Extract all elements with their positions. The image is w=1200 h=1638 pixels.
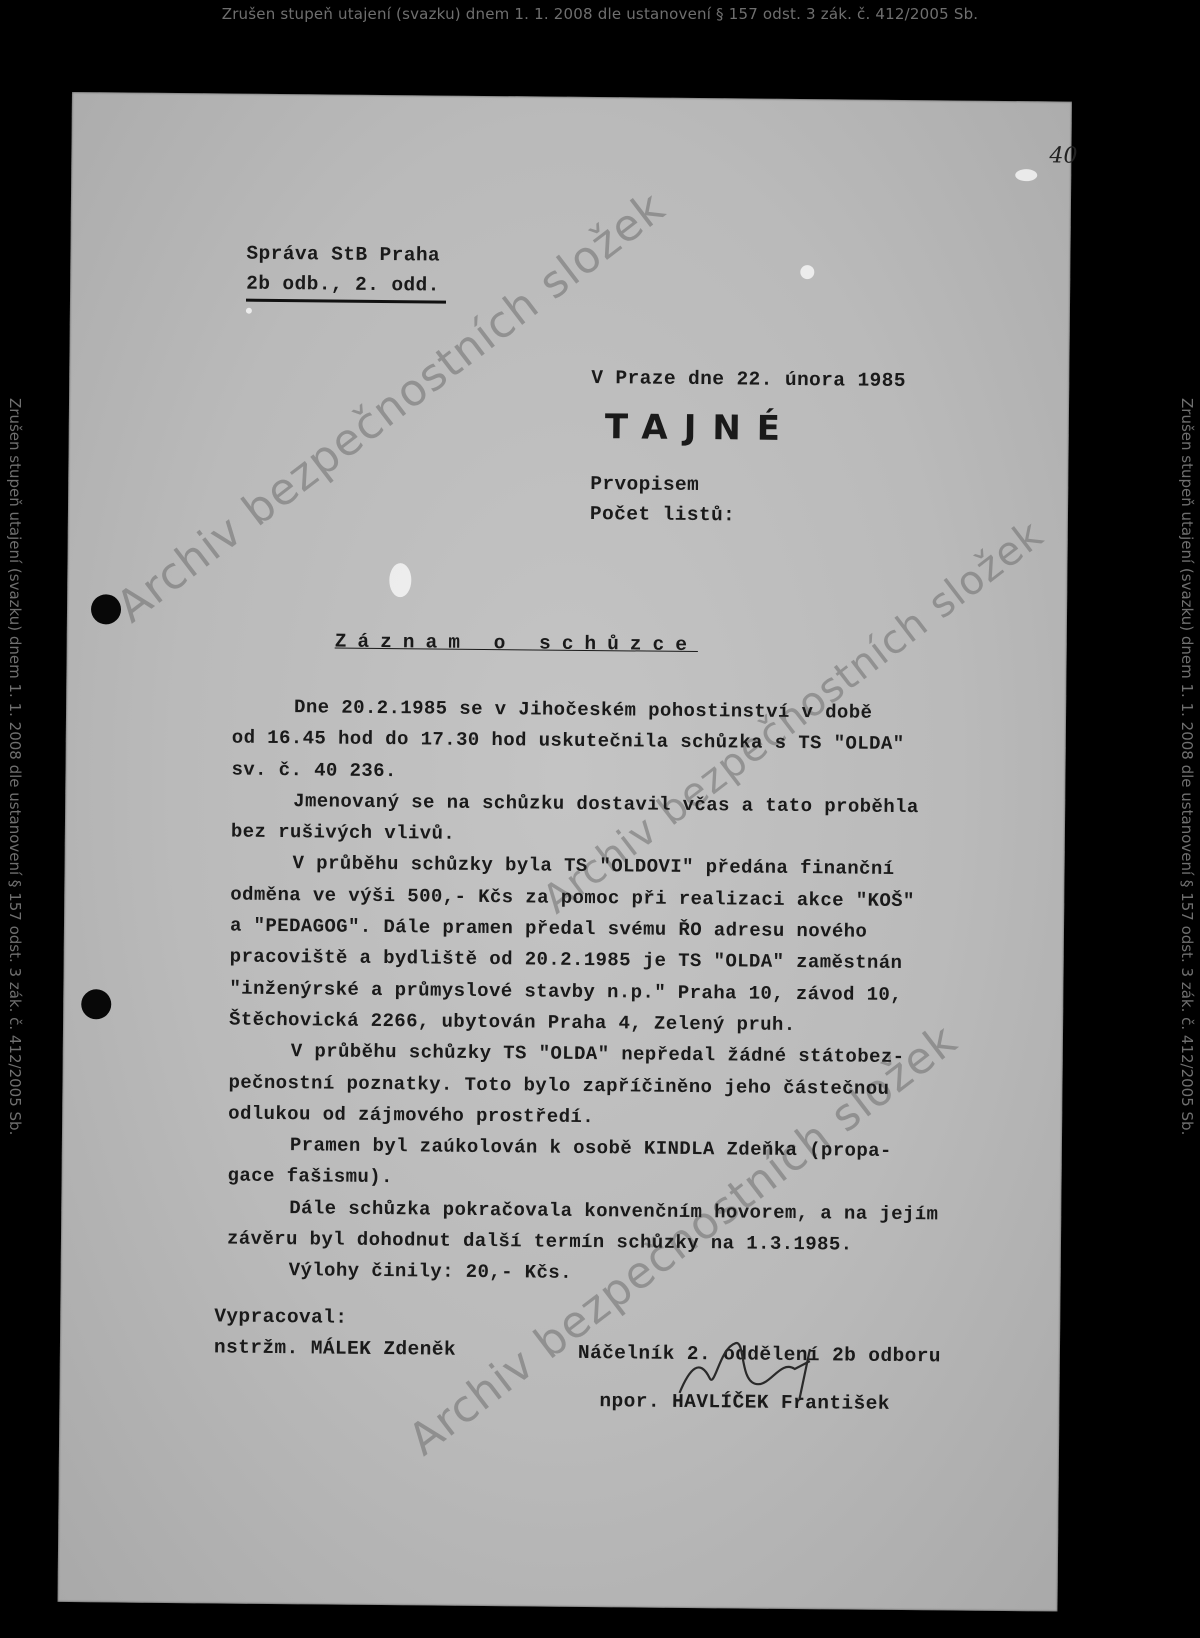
archive-declassification-stamp-left: Zrušen stupeň utajení (svazku) dnem 1. 1… (4, 398, 24, 1198)
prepared-by-name: nstržm. MÁLEK Zdeněk (214, 1332, 456, 1365)
body-line: Výlohy činily: 20,- Kčs. (227, 1255, 987, 1294)
scan-artifact (246, 308, 252, 314)
document-title: Záznam o schůzce (335, 631, 698, 656)
archive-declassification-stamp-right: Zrušen stupeň utajení (svazku) dnem 1. 1… (1176, 398, 1196, 1198)
scan-artifact (389, 563, 411, 597)
handwritten-page-number: 40 (1049, 143, 1077, 168)
archive-declassification-stamp-top: Zrušen stupeň utajení (svazku) dnem 1. 1… (0, 5, 1200, 23)
place-and-date: V Praze dne 22. února 1985 (591, 367, 906, 392)
copy-type: Prvopisem (590, 469, 736, 500)
scan-artifact (800, 265, 814, 279)
office-department: 2b odb., 2. odd. (246, 269, 440, 301)
handwritten-signature (659, 1338, 860, 1410)
prepared-by-label: Vypracoval: (214, 1301, 456, 1334)
punch-hole (81, 989, 111, 1019)
prepared-by: Vypracoval: nstržm. MÁLEK Zdeněk (214, 1301, 457, 1365)
document-body: Dne 20.2.1985 se v Jihočeském pohostinst… (227, 692, 993, 1294)
issuing-office: Správa StB Praha 2b odb., 2. odd. (246, 239, 440, 301)
sheet-count: Počet listů: (590, 499, 736, 530)
scan-artifact (1015, 169, 1037, 181)
classification-stamp: TAJNÉ (605, 407, 797, 449)
office-name: Správa StB Praha (246, 239, 440, 271)
office-underline (246, 299, 446, 304)
scanned-document-page: 40 Archiv bezpečnostních složek Archiv b… (58, 92, 1072, 1612)
copy-info: Prvopisem Počet listů: (590, 469, 736, 530)
